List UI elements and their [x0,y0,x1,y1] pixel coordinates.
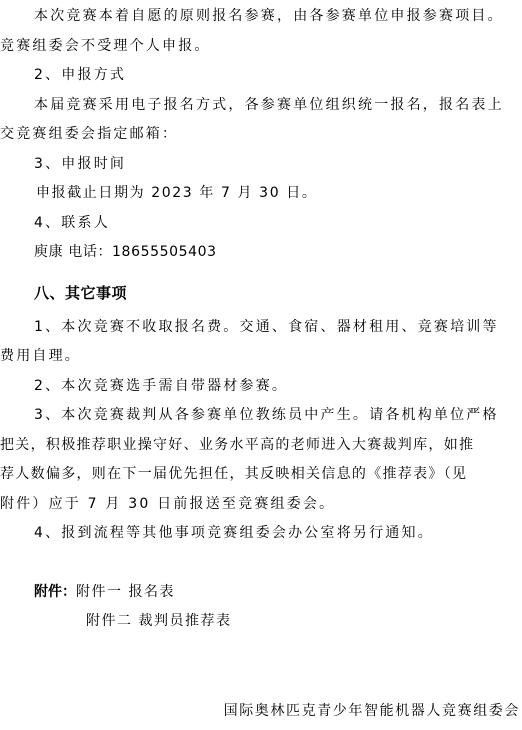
subheading-item-4: 4、联系人 [34,214,110,232]
attachment-item: 附件一 报名表 [76,584,175,600]
attachments-row-2: 附件二 裁判员推荐表 [86,612,231,630]
paragraph-line: 把关，积极推荐职业操守好、业务水平高的老师进入大赛裁判库，如推 [0,436,474,454]
attachment-item: 附件二 裁判员推荐表 [86,613,231,629]
paragraph-line: 竞赛组委会不受理个人申报。 [0,37,211,55]
paragraph-line: 费用自理。 [0,347,81,365]
paragraph-line: 1、本次竞赛不收取报名费。交通、食宿、器材租用、竞赛培训等 [34,318,499,336]
attachments-label: 附件： [34,584,76,600]
subheading-item-2: 2、申报方式 [34,66,126,84]
section-heading-other: 八、其它事项 [34,284,127,302]
paragraph-line: 2、本次竞赛选手需自带器材参赛。 [34,377,288,395]
paragraph-line: 附件）应于 7 月 30 日前报送至竞赛组委会。 [0,495,335,513]
attachments-row-1: 附件：附件一 报名表 [34,583,175,601]
subheading-item-3: 3、申报时间 [34,155,126,173]
signature-organizer: 国际奥林匹克青少年智能机器人竞赛组委会 [224,702,520,720]
paragraph-line: 本次竞赛本着自愿的原则报名参赛，由各参赛单位申报参赛项目。 [34,7,504,25]
paragraph-line: 交竞赛组委会指定邮箱： [0,125,178,143]
deadline-text: 申报截止日期为 2023 年 7 月 30 日。 [36,184,317,202]
paragraph-line: 荐人数偏多，则在下一届优先担任，其反映相关信息的《推荐表》（见 [0,465,467,483]
paragraph-line: 本届竞赛采用电子报名方式，各参赛单位组织统一报名，报名表上 [34,96,504,114]
paragraph-line: 4、报到流程等其他事项竞赛组委会办公室将另行通知。 [34,524,434,542]
paragraph-line: 3、本次竞赛裁判从各参赛单位教练员中产生。请各机构单位严格 [34,406,499,424]
contact-text: 庾康 电话：18655505403 [34,243,217,261]
